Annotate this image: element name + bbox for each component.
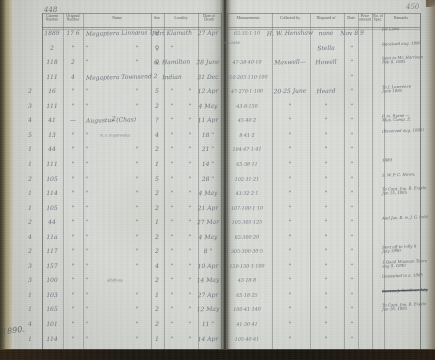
cell-m: 2 xyxy=(28,248,32,255)
cell-l2: " xyxy=(189,292,192,299)
cell-d: 28 June xyxy=(196,59,219,67)
cell-disp: " xyxy=(325,132,328,139)
cell-d: 4 May xyxy=(198,233,217,240)
cell-l: " xyxy=(171,132,174,139)
cell-l2: " xyxy=(189,132,192,139)
right-page-number: 450 xyxy=(406,3,419,11)
cell-d2: Nov 8 9 xyxy=(340,30,364,38)
cell-orig: " xyxy=(72,263,75,270)
cell-disp: " xyxy=(325,205,328,212)
cell-cur: 105 xyxy=(46,204,58,211)
cell-m: 2 xyxy=(28,219,32,226)
cell-sex: 2 xyxy=(155,103,159,110)
cell-m: 3 xyxy=(28,263,32,270)
cell-m: 1 xyxy=(28,161,32,168)
cell-name: Megaptera Townsend 2 xyxy=(86,73,158,82)
cell-d2: " xyxy=(351,205,354,212)
cell-m: 1 xyxy=(28,306,32,313)
cell-coll: H. W. Henshaw xyxy=(267,29,313,37)
cell-disp: " xyxy=(325,190,328,197)
cell-d2: " xyxy=(351,292,354,299)
cell-l2: " xyxy=(189,190,192,197)
cell-l2: " xyxy=(189,336,192,343)
cell-d: 4 May xyxy=(198,103,217,110)
cell-n2: " xyxy=(136,103,139,110)
cell-name: " xyxy=(86,88,89,95)
column-header: Date of Death xyxy=(203,15,215,22)
cell-name: " xyxy=(86,234,89,241)
cell-n2: " xyxy=(136,190,139,197)
column-header: Collected by xyxy=(280,17,300,21)
cell-sex: 1 xyxy=(155,219,159,226)
cell-meas: 47·38·40·10 xyxy=(232,60,261,66)
column-header: Current Number xyxy=(46,15,59,22)
cell-sex: 4 xyxy=(155,132,159,139)
table-row: 3100""albifrons2""14 May43·18·8""" xyxy=(0,277,435,291)
cell-d: 21 " xyxy=(202,146,214,153)
cell-d2: " xyxy=(351,321,354,328)
cell-sex: 5 xyxy=(155,175,159,182)
cell-l: " xyxy=(171,103,174,110)
remark-note: Sent off to l-dly ♀July 1890 xyxy=(382,245,417,255)
cell-cur: 118 xyxy=(46,59,58,66)
cell-l: " xyxy=(171,205,174,212)
column-header: No. of Spec. xyxy=(373,15,383,22)
cell-name: " xyxy=(86,45,89,52)
cell-coll: Maxwell— xyxy=(274,59,306,67)
cell-cur: 41 xyxy=(48,117,56,124)
cell-disp: " xyxy=(325,161,328,168)
cell-m: 1 xyxy=(28,292,32,299)
cell-cur: 13 xyxy=(48,132,56,139)
table-row: 2"""♀"Stella" xyxy=(0,45,435,59)
cell-d2: " xyxy=(351,175,354,182)
table-row: 188917 6Megaptera Linnæus 1♂Fort Klamath… xyxy=(0,30,435,44)
cell-l: Fort Klamath xyxy=(152,29,192,37)
cell-orig: " xyxy=(72,88,75,95)
cell-m: 2 xyxy=(28,175,32,182)
cell-n2: " xyxy=(136,205,139,212)
cell-cur: 2 xyxy=(50,44,54,51)
cell-orig: " xyxy=(72,219,75,226)
remark-note: To Capt. Jno. B. ExpdnJan 15, 1885 xyxy=(382,186,427,196)
cell-meas: 410·205·110·100 xyxy=(226,74,267,80)
cell-d2: " xyxy=(351,146,354,153)
cell-l: " xyxy=(171,263,174,270)
cell-orig: " xyxy=(72,306,75,313)
remark-note: P. m. Byrne —Mus. Comp. Z. xyxy=(382,114,411,123)
cell-disp: " xyxy=(325,117,328,124)
cell-orig: " xyxy=(72,336,75,343)
cell-m: 1 xyxy=(28,335,32,342)
cell-coll: " xyxy=(289,103,292,110)
cell-meas: 105·305·125 xyxy=(232,220,263,226)
table-row: 1105"""2""21 Apr107·100·1·10""" xyxy=(0,205,435,219)
cell-sex: 2 xyxy=(155,248,159,255)
cell-l2: " xyxy=(189,248,192,255)
cell-d2: " xyxy=(351,248,354,255)
cell-sex: 2 xyxy=(155,306,159,313)
cell-n2: " xyxy=(136,263,139,270)
cell-name: " xyxy=(86,190,89,197)
cell-orig: 2 xyxy=(71,59,75,66)
cell-n2: " xyxy=(136,175,139,182)
margin-annotation: 2 xyxy=(112,116,116,123)
cell-sex: 4 xyxy=(155,263,159,270)
table-row: 2117"""2""8 "305·300·30·5""" xyxy=(0,248,435,262)
cell-name: " xyxy=(86,306,89,313)
table-row: 411a"""2""4 May65·300·20""" xyxy=(0,234,435,248)
cell-l: " xyxy=(171,234,174,241)
header-rule xyxy=(42,27,221,28)
cell-m: 3 xyxy=(28,277,32,284)
cell-coll: " xyxy=(289,161,292,168)
cell-coll: " xyxy=(289,132,292,139)
cell-meas: 107·100·1·10 xyxy=(231,205,263,211)
cell-n2: " xyxy=(136,161,139,168)
cell-l: " xyxy=(171,45,174,52)
cell-orig: " xyxy=(72,205,75,212)
cell-name: " xyxy=(86,336,89,343)
cell-sex: 2 xyxy=(155,205,159,212)
cell-l2: " xyxy=(189,117,192,124)
cell-sex: 2 xyxy=(155,146,159,153)
cell-meas: 65·18·25 xyxy=(236,292,257,298)
cell-sex: 2 xyxy=(155,234,159,241)
cell-l2: " xyxy=(189,161,192,168)
table-row: 216"""5""12 Apr47·270·1·10020·25 JuneHea… xyxy=(0,88,435,102)
cell-l: " xyxy=(171,292,174,299)
cell-l: " xyxy=(171,306,174,313)
cell-d2: " xyxy=(351,59,354,66)
table-row: 1114"""1""14 Apr105·40·41""" xyxy=(0,336,435,350)
cell-d2: " xyxy=(351,117,354,124)
cell-name: Megaptera Linnæus 1 xyxy=(86,29,153,38)
cell-name: " xyxy=(86,219,89,226)
cell-cur: 105 xyxy=(46,175,58,182)
cell-d: 12 Apr xyxy=(198,88,219,96)
cell-l: " xyxy=(171,336,174,343)
table-row: 2105"""5""28 "102·31·21""" xyxy=(0,176,435,190)
cell-l: " xyxy=(171,117,174,124)
cell-m: 1 xyxy=(28,190,32,197)
cell-meas: 305·300·30·5 xyxy=(231,249,263,255)
column-header: Disposed of xyxy=(316,17,335,21)
cell-orig: 4 xyxy=(71,74,75,81)
cell-disp: " xyxy=(325,292,328,299)
cell-meas: 43·18·8 xyxy=(238,278,256,284)
cell-d: 4 May xyxy=(198,190,217,197)
cell-n2: " xyxy=(136,88,139,95)
cell-coll: " xyxy=(289,248,292,255)
cell-orig: — xyxy=(70,117,76,124)
cell-cur: 111 xyxy=(46,161,58,168)
cell-sex: 1 xyxy=(155,161,159,168)
cell-d: 10 Apr xyxy=(198,263,219,271)
cell-disp: " xyxy=(325,234,328,241)
cell-coll: 20·25 June xyxy=(274,88,307,96)
cell-d2: " xyxy=(351,263,354,270)
cell-meas: 41·30·41 xyxy=(236,322,257,328)
column-header: Name xyxy=(112,17,121,21)
cell-name: " xyxy=(86,146,89,153)
cell-coll: " xyxy=(289,190,292,197)
cell-d2: " xyxy=(351,74,354,81)
table-row: 244"""1""27 Mar105·305·125""" xyxy=(0,219,435,233)
cell-l: " xyxy=(171,146,174,153)
cell-meas: 47·270·1·100 xyxy=(231,89,263,95)
cell-n2: " xyxy=(136,45,139,52)
cell-coll: " xyxy=(289,292,292,299)
cell-d: 14 Apr xyxy=(198,335,219,343)
cell-coll: " xyxy=(289,263,292,270)
cell-d: 14 May xyxy=(197,277,220,285)
table-row: 3111"""2""4 May43·8·150""" xyxy=(0,103,435,117)
column-header: Original Number xyxy=(66,15,79,22)
cell-n2: " xyxy=(136,336,139,343)
cell-cur: 16 xyxy=(48,88,56,95)
cell-l2: " xyxy=(189,88,192,95)
cell-sex: 5 xyxy=(155,88,159,95)
table-row: 144"""2""21 "104·47·1·41""" xyxy=(0,146,435,160)
cell-d2: " xyxy=(351,45,354,52)
cell-d2: " xyxy=(351,277,354,284)
cell-cur: 44 xyxy=(48,146,56,153)
cell-cur: 1889 xyxy=(44,30,59,37)
cell-orig: " xyxy=(72,321,75,328)
cell-orig: " xyxy=(72,161,75,168)
column-header: Locality xyxy=(174,17,187,21)
cell-d: 11 Apr xyxy=(198,117,219,125)
column-header: Date xyxy=(347,17,354,21)
cell-orig: 17 6 xyxy=(66,30,80,37)
cell-sex: ? xyxy=(155,117,158,124)
cell-l: " xyxy=(171,190,174,197)
cell-meas: 8·41·2 xyxy=(239,132,254,138)
cell-d: 31 Dec xyxy=(197,73,218,81)
cell-meas: 43·8·150 xyxy=(236,103,257,109)
cell-name: " xyxy=(86,161,89,168)
cell-d2: " xyxy=(351,88,354,95)
cell-disp: " xyxy=(325,306,328,313)
cell-disp: Stella xyxy=(317,44,335,51)
remark-note: S. W. P. C. Hawn, xyxy=(382,172,415,177)
cell-l2: " xyxy=(189,219,192,226)
table-row: 1165"""2""12 May100·41·140""" xyxy=(0,306,435,320)
cell-l2: " xyxy=(189,263,192,270)
cell-cur: 101 xyxy=(46,321,58,328)
cell-d2: " xyxy=(351,132,354,139)
cell-cur: 114 xyxy=(46,190,58,197)
cell-orig: " xyxy=(72,175,75,182)
cell-d: 14 " xyxy=(202,161,214,168)
cell-d2: " xyxy=(351,103,354,110)
cell-disp: " xyxy=(325,219,328,226)
cell-disp: " xyxy=(325,146,328,153)
cell-d: 27 Mar xyxy=(197,219,219,227)
cell-orig: " xyxy=(72,45,75,52)
cell-n2: " xyxy=(136,292,139,299)
cell-name: " xyxy=(86,132,89,139)
margin-annotation: No 2018 xyxy=(224,41,240,45)
cell-coll: " xyxy=(289,146,292,153)
cell-n2: " xyxy=(136,248,139,255)
cell-n2: " xyxy=(136,234,139,241)
table-row: 1103"""1""27 Apr65·18·25""" xyxy=(0,292,435,306)
cell-m: 1 xyxy=(28,205,32,212)
table-row: 1114Megaptera Townsend 2Indian31 Dec410·… xyxy=(0,74,435,88)
cell-coll: " xyxy=(289,234,292,241)
cell-meas: 65·300·20 xyxy=(235,234,260,240)
cell-d2: " xyxy=(351,306,354,313)
cell-meas: 100·41·140 xyxy=(233,307,261,313)
cell-ns: albifrons xyxy=(107,279,123,283)
cell-name: " xyxy=(86,59,89,66)
cell-orig: " xyxy=(72,103,75,110)
cell-d2: " xyxy=(351,161,354,168)
cell-coll: " xyxy=(289,277,292,284)
remark-note: 1889 xyxy=(382,159,392,164)
cell-d: 12 May xyxy=(197,306,220,314)
cell-disp: " xyxy=(325,103,328,110)
cell-l2: " xyxy=(189,277,192,284)
table-row: 1182""♀w. Hamilton28 June47·38·40·10Maxw… xyxy=(0,59,435,73)
remark-note: for Laws xyxy=(382,27,399,32)
cell-d: 21 Apr xyxy=(198,204,219,212)
cell-disp: " xyxy=(325,277,328,284)
cell-cur: 100 xyxy=(46,277,58,284)
cell-meas: 104·47·1·41 xyxy=(232,147,261,153)
cell-name: " xyxy=(86,103,89,110)
cell-orig: " xyxy=(72,132,75,139)
cell-ns: m. s. inquirendus xyxy=(100,133,131,137)
header-rule xyxy=(227,13,420,14)
cell-sex: 2 xyxy=(155,190,159,197)
cell-d2: " xyxy=(351,336,354,343)
cell-l2: " xyxy=(189,103,192,110)
table-row: 1114"""2""4 May43·32·2·1""" xyxy=(0,190,435,204)
cell-l2: " xyxy=(189,306,192,313)
table-row: 513""m. s. inquirendus4""18 "8·41·2""" xyxy=(0,132,435,146)
cell-l: " xyxy=(171,248,174,255)
cell-m: 5 xyxy=(28,132,32,139)
cell-cur: 44 xyxy=(48,219,56,226)
cell-n2: " xyxy=(136,321,139,328)
cell-l: " xyxy=(171,277,174,284)
cell-cur: 157 xyxy=(46,263,58,270)
cell-orig: " xyxy=(72,292,75,299)
cell-meas: 65·38·11 xyxy=(236,161,257,167)
table-row: 1111"""1""14 "65·38·11""" xyxy=(0,161,435,175)
cell-disp: " xyxy=(325,263,328,270)
cell-d: 27 Apr xyxy=(198,292,219,300)
cell-meas: 45·40·2 xyxy=(238,118,256,124)
cell-cur: 117 xyxy=(46,248,58,255)
cell-meas: 43·32·2·1 xyxy=(235,191,258,197)
cell-coll: " xyxy=(289,205,292,212)
cell-n2: " xyxy=(136,306,139,313)
cell-cur: 11a xyxy=(46,234,57,241)
cell-l2: " xyxy=(189,234,192,241)
cell-disp: " xyxy=(325,248,328,255)
cell-orig: " xyxy=(72,277,75,284)
cell-l2: " xyxy=(189,205,192,212)
cell-disp: " xyxy=(325,175,328,182)
cell-meas: 102·31·21 xyxy=(235,176,260,182)
cell-n2: " xyxy=(136,219,139,226)
cell-l: Indian xyxy=(162,73,182,81)
cell-coll: " xyxy=(289,175,292,182)
cell-name: " xyxy=(86,205,89,212)
cell-cur: 111 xyxy=(46,103,58,110)
column-header: Price amount xyxy=(359,15,371,22)
remark-note: To J. LawrenceJune 1885 xyxy=(382,85,411,94)
scan-bottom-band xyxy=(0,349,435,360)
cell-name: " xyxy=(86,263,89,270)
cell-meas: 65·35·1·10 xyxy=(234,30,260,36)
cell-d: 8 " xyxy=(204,248,213,255)
cell-coll: " xyxy=(289,336,292,343)
cell-m: 4 xyxy=(28,117,32,124)
table-row: 441—Augustus (Chas)?""11 Apr45·40·2""" xyxy=(0,117,435,131)
cell-orig: " xyxy=(72,234,75,241)
cell-m: 1 xyxy=(28,146,32,153)
ledger-scan: Current NumberOriginal NumberNameSexLoca… xyxy=(0,0,435,360)
cell-l: " xyxy=(171,219,174,226)
cell-disp: Heard xyxy=(316,88,335,95)
remark-note: Received aug. 1886 xyxy=(382,41,421,47)
cell-sex: ♀ xyxy=(155,44,160,51)
cell-sex: 1 xyxy=(155,292,159,299)
cell-name: " xyxy=(86,292,89,299)
cell-l: " xyxy=(171,161,174,168)
cell-meas: 150·150·1·100 xyxy=(229,263,264,269)
cell-coll: " xyxy=(289,306,292,313)
cell-d: 27 Apr xyxy=(198,30,219,38)
cell-cur: 103 xyxy=(46,292,58,299)
column-header: Sex xyxy=(154,17,160,21)
cell-coll: " xyxy=(289,117,292,124)
cell-sex: 2 xyxy=(155,321,159,328)
remark-note: Sent to Mr. HarrisonFeb 8, 1885 xyxy=(382,56,423,66)
cell-orig: " xyxy=(72,190,75,197)
cell-m: 4 xyxy=(28,321,32,328)
cell-l: " xyxy=(171,321,174,328)
cell-meas: 105·40·41 xyxy=(235,336,260,342)
cell-d: 11 " xyxy=(202,321,214,328)
cell-cur: 114 xyxy=(46,335,58,342)
column-header: Measurements xyxy=(236,17,259,21)
cell-cur: 165 xyxy=(46,306,58,313)
cell-d2: " xyxy=(351,234,354,241)
cell-disp: " xyxy=(325,321,328,328)
cell-name: " xyxy=(86,321,89,328)
cell-coll: " xyxy=(289,219,292,226)
table-row: 4101"""2""11 "41·30·41""" xyxy=(0,321,435,335)
cell-l: " xyxy=(171,175,174,182)
cell-name: " xyxy=(86,175,89,182)
ink-layer: Current NumberOriginal NumberNameSexLoca… xyxy=(0,0,435,360)
cell-disp: none xyxy=(318,30,333,37)
cell-disp: " xyxy=(325,336,328,343)
cell-d2: " xyxy=(351,219,354,226)
cell-d: 28 " xyxy=(202,175,214,182)
cell-name: " xyxy=(86,248,89,255)
cell-m: 4 xyxy=(28,234,32,241)
cell-l2: " xyxy=(189,321,192,328)
cell-n2: " xyxy=(136,146,139,153)
cell-l2: " xyxy=(189,175,192,182)
